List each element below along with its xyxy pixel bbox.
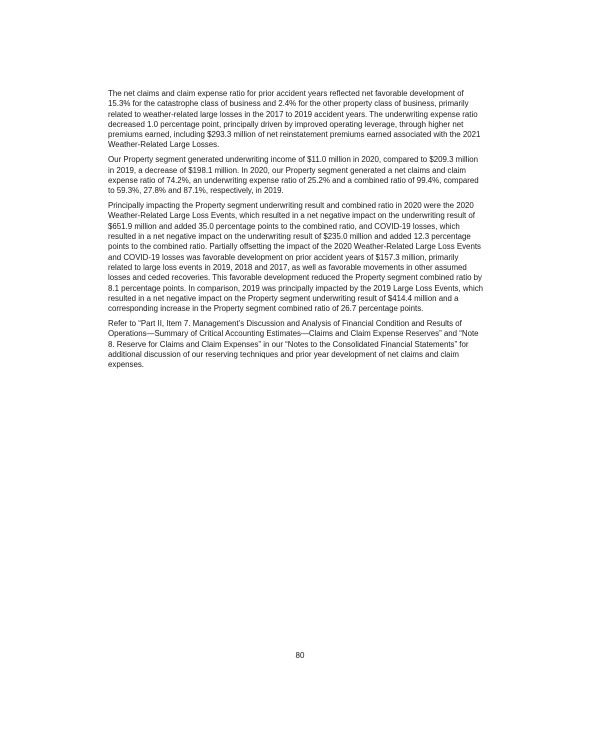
text-line: Principally impacting the Property segme… xyxy=(108,201,494,211)
page-number: 80 xyxy=(0,651,600,660)
text-line: related to weather-related large losses … xyxy=(108,110,494,120)
text-line: resulted in a net negative impact on the… xyxy=(108,294,494,304)
text-line: resulted in a net negative impact on the… xyxy=(108,232,494,242)
paragraph-loss-events-impact: Principally impacting the Property segme… xyxy=(108,201,494,314)
text-line: decreased 1.0 percentage point, principa… xyxy=(108,120,494,130)
text-line: related to large loss events in 2019, 20… xyxy=(108,263,494,273)
text-line: corresponding increase in the Property s… xyxy=(108,304,494,314)
text-line: 8.1 percentage points. In comparison, 20… xyxy=(108,284,494,294)
text-line: premiums earned, including $293.3 millio… xyxy=(108,130,494,140)
text-line: additional discussion of our reserving t… xyxy=(108,350,494,360)
text-line: Our Property segment generated underwrit… xyxy=(108,155,494,165)
paragraph-prior-year-development: The net claims and claim expense ratio f… xyxy=(108,89,494,151)
paragraph-underwriting-income: Our Property segment generated underwrit… xyxy=(108,155,494,196)
text-line: to 59.3%, 27.8% and 87.1%, respectively,… xyxy=(108,186,494,196)
text-line: Weather-Related Large Loss Events, which… xyxy=(108,211,494,221)
text-line: and COVID-19 losses was favorable develo… xyxy=(108,253,494,263)
text-line: Weather-Related Large Losses. xyxy=(108,140,494,150)
text-line: expense ratio of 74.2%, an underwriting … xyxy=(108,176,494,186)
text-line: points to the combined ratio. Partially … xyxy=(108,242,494,252)
text-line: in 2019, a decrease of $198.1 million. I… xyxy=(108,166,494,176)
text-line: Operations—Summary of Critical Accountin… xyxy=(108,329,494,339)
text-line: $651.9 million and added 35.0 percentage… xyxy=(108,222,494,232)
text-line: losses and ceded recoveries. This favora… xyxy=(108,273,494,283)
document-page: The net claims and claim expense ratio f… xyxy=(0,0,600,744)
document-body: The net claims and claim expense ratio f… xyxy=(108,89,494,375)
text-line: 15.3% for the catastrophe class of busin… xyxy=(108,99,494,109)
text-line: expenses. xyxy=(108,360,494,370)
text-line: The net claims and claim expense ratio f… xyxy=(108,89,494,99)
text-line: 8. Reserve for Claims and Claim Expenses… xyxy=(108,340,494,350)
text-line: Refer to “Part II, Item 7. Management’s … xyxy=(108,319,494,329)
paragraph-cross-reference: Refer to “Part II, Item 7. Management’s … xyxy=(108,319,494,370)
